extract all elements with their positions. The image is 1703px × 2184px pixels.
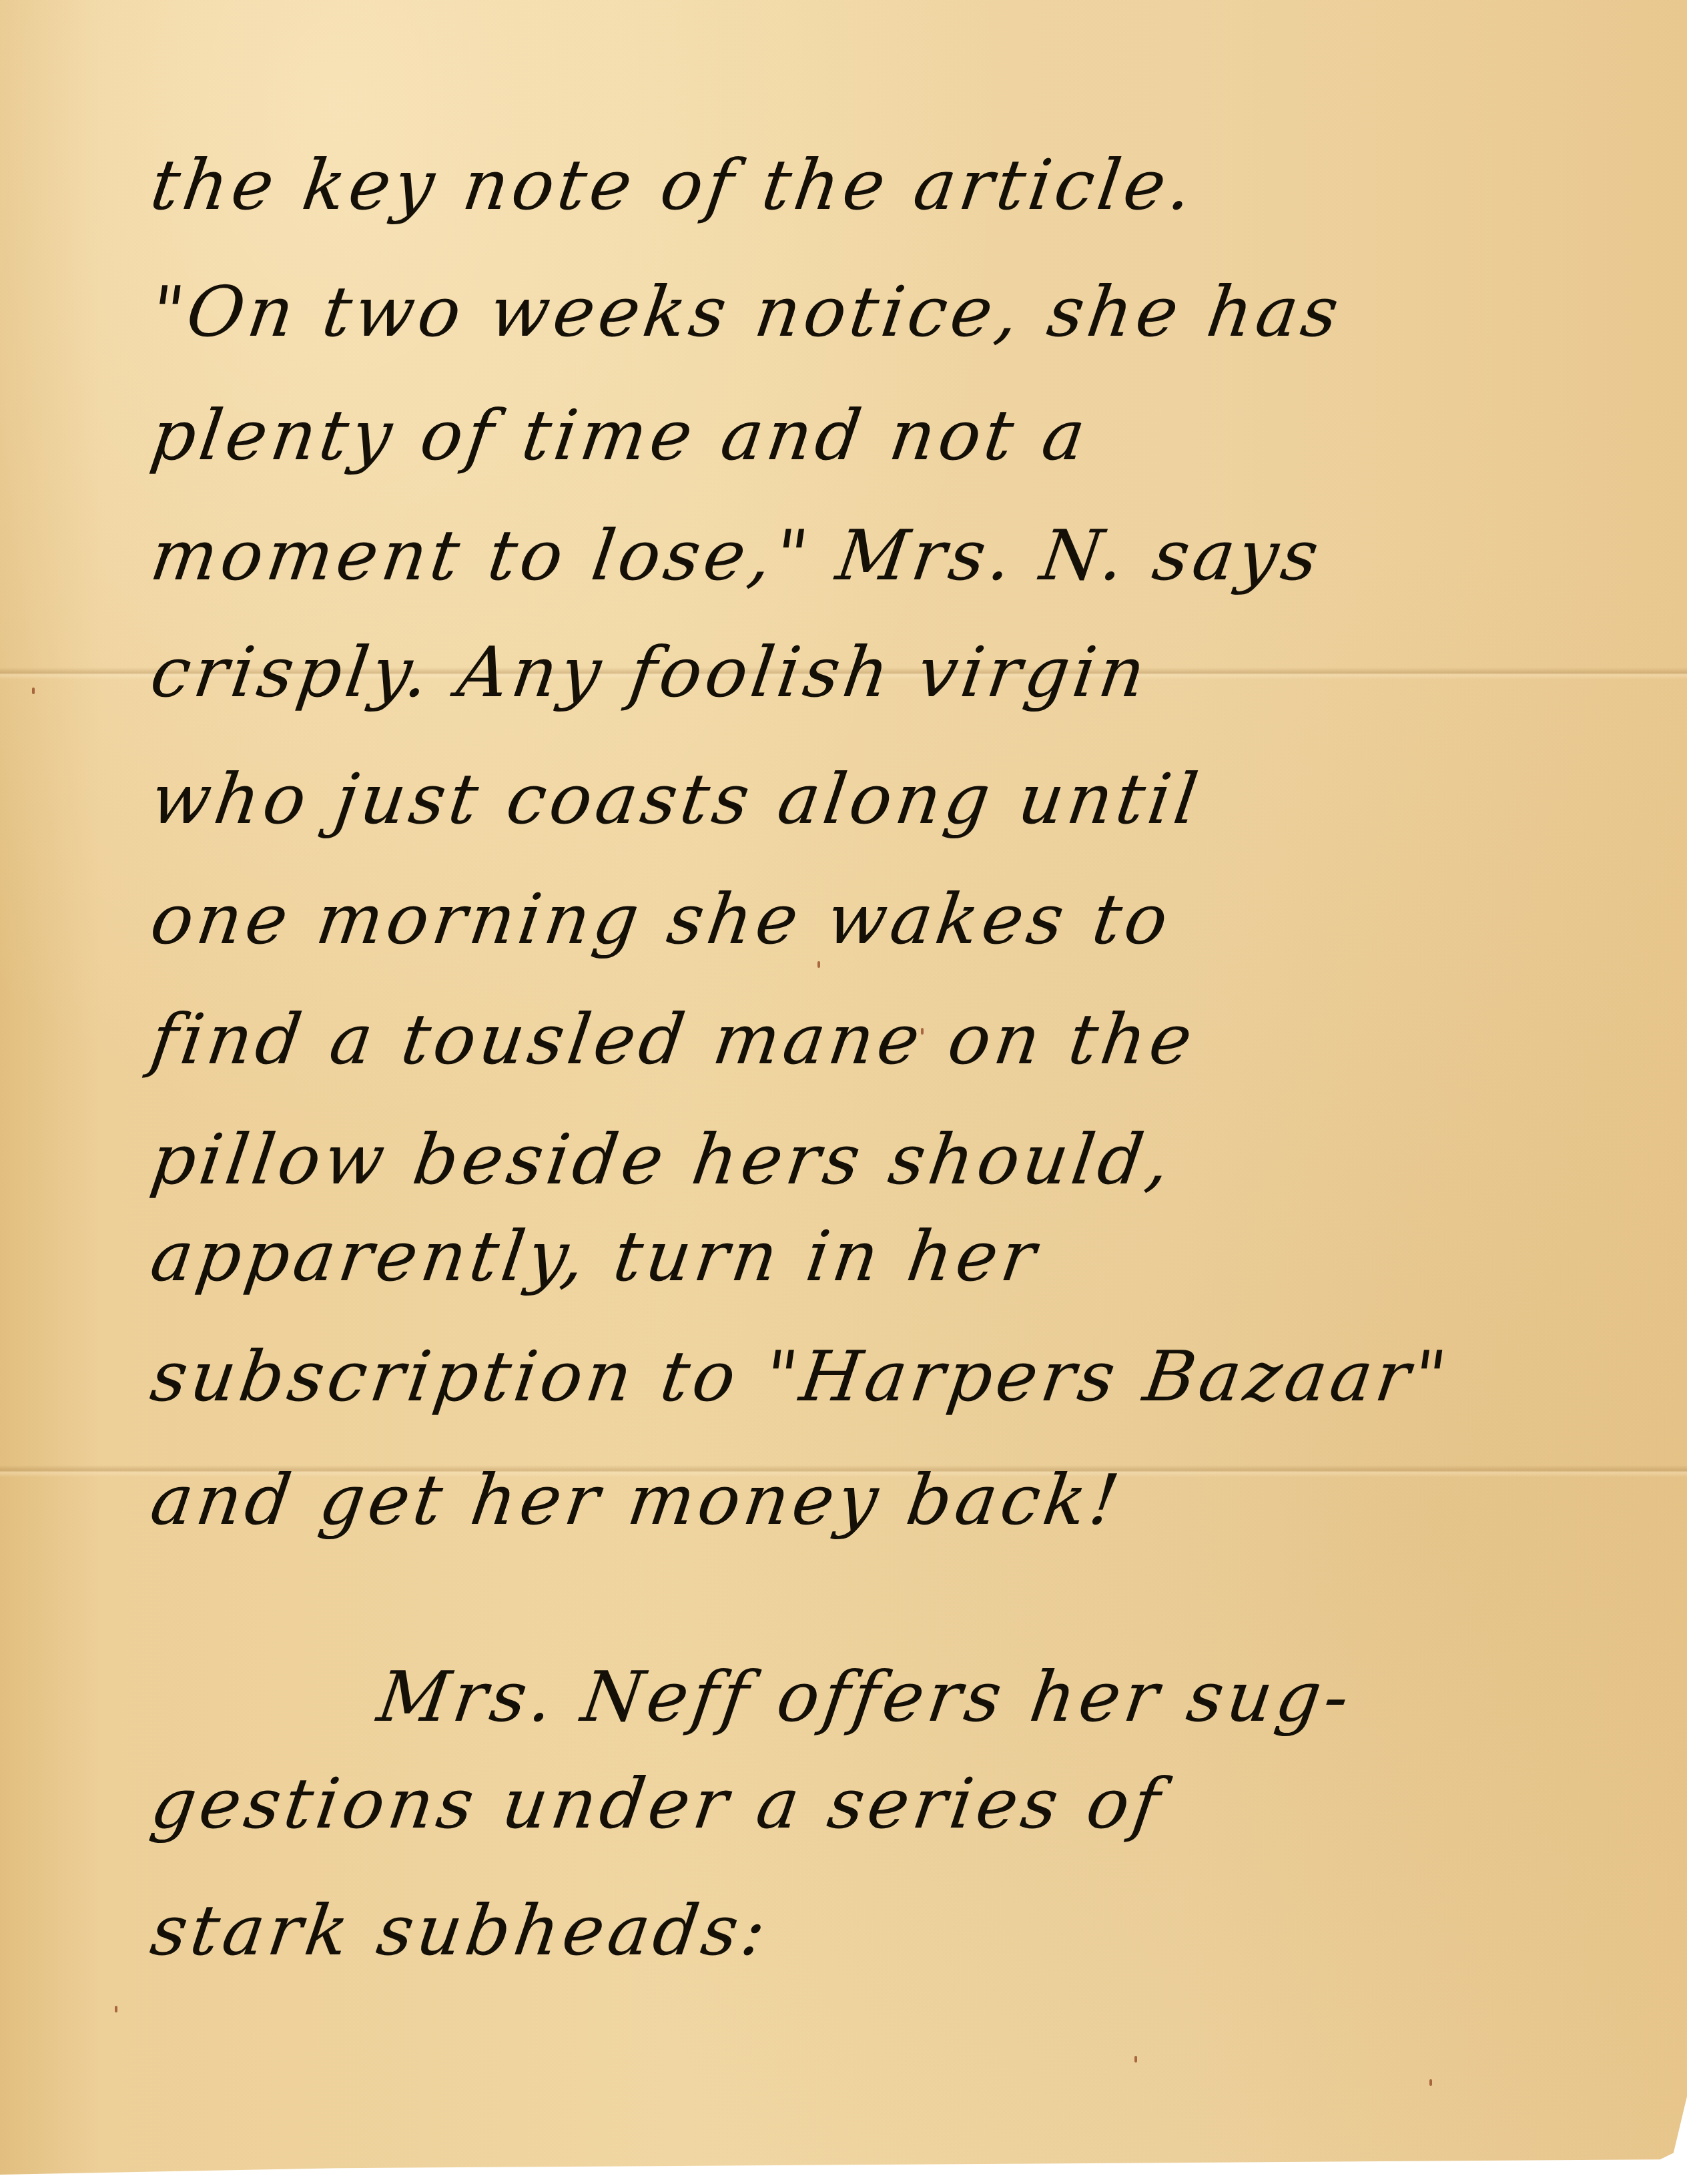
text-line: find a tousled mane on the (147, 1005, 1200, 1074)
text-line: crisply. Any foolish virgin (147, 637, 1153, 707)
text-line: moment to lose," Mrs. N. says (147, 521, 1327, 590)
text-line: Mrs. Neff offers her sug- (374, 1662, 1357, 1731)
text-line: subscription to "Harpers Bazaar" (147, 1342, 1454, 1411)
text-line: apparently, turn in her (147, 1221, 1044, 1291)
text-line: one morning she wakes to (147, 884, 1176, 954)
handwritten-text: the key note of the article. "On two wee… (0, 0, 1687, 2175)
text-line: "On two weeks notice, she has (147, 277, 1347, 346)
text-line: the key note of the article. (147, 150, 1201, 220)
text-line: plenty of time and not a (147, 400, 1093, 470)
text-line: pillow beside hers should, (147, 1125, 1178, 1194)
text-line: stark subheads: (147, 1896, 774, 1965)
text-line: and get her money back! (147, 1465, 1127, 1535)
text-line: gestions under a series of (147, 1769, 1168, 1838)
text-line: who just coasts along until (147, 764, 1206, 834)
letter-paper: the key note of the article. "On two wee… (0, 0, 1687, 2175)
